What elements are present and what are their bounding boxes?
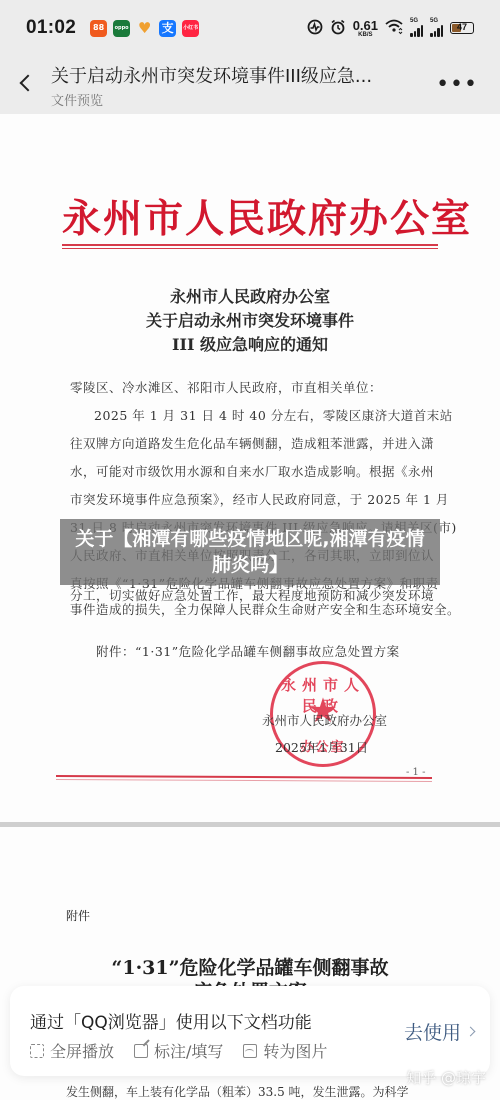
network-speed: 0.61 KB/S (353, 19, 378, 38)
signature-date: 2025年1月31日 (275, 738, 368, 756)
app-header: 关于启动永州市突发环境事件III级应急... 文件预览 ••• (0, 56, 500, 114)
document-page-1[interactable]: 永州市人民政府办公室 永州市人民政府办公室 关于启动永州市突发环境事件 III … (0, 114, 500, 825)
doc-body-line: 事件造成的损失，全力保障人民群众生命财产安全和生态环境安全。 (70, 600, 460, 618)
kuaishou-app-icon: 88 (90, 20, 107, 37)
alarm-icon (330, 19, 346, 38)
qq-browser-promo-card: 通过「QQ浏览器」使用以下文档功能 全屏播放 标注/填写 转为图片 去使用 (10, 986, 490, 1076)
more-options-button[interactable]: ••• (436, 74, 478, 96)
doc-body-line: 市突发环境事件应急预案》，经市人民政府同意，于 2025 年 1 月 (70, 490, 449, 508)
red-letterhead: 永州市人民政府办公室 (62, 188, 438, 244)
attachment-label: 附件 (66, 907, 90, 924)
promo-features: 全屏播放 标注/填写 转为图片 (30, 1039, 327, 1062)
go-use-button[interactable]: 去使用 (404, 1018, 474, 1045)
doc-attachment-note: 附件：“1·31”危险化学品罐车侧翻事故应急处置方案 (96, 642, 400, 660)
attachment-body-line: 发生侧翻，车上装有化学品（粗苯）33.5 吨，发生泄露。为科学 (66, 1083, 409, 1100)
attachment-title-line-1: “1·31”危险化学品罐车侧翻事故 (60, 953, 440, 980)
signature-org: 永州市人民政府办公室 (262, 711, 387, 729)
doc-title-line-2: 关于启动永州市突发环境事件 (60, 308, 440, 331)
xiaohongshu-app-icon: 小红书 (182, 20, 199, 37)
doc-body-line: 2025 年 1 月 31 日 4 时 40 分左右，零陵区康济大道首末站 (94, 406, 453, 424)
status-bar: 01:02 88 oppo ♥ 支 小红书 0.61 KB/S 5G 5G (0, 0, 500, 56)
promo-title: 通过「QQ浏览器」使用以下文档功能 (30, 1008, 312, 1033)
doc-body-line: 水，可能对市级饮用水源和自来水厂取水造成影响。根据《永州 (70, 462, 434, 480)
clock: 01:02 (26, 17, 76, 39)
oppo-app-icon: oppo (113, 20, 130, 37)
fullscreen-icon (30, 1044, 44, 1058)
back-button[interactable] (14, 68, 36, 98)
footer-rule (56, 775, 432, 782)
doc-title-line-1: 永州市人民政府办公室 (60, 284, 440, 307)
feature-fullscreen[interactable]: 全屏播放 (30, 1039, 114, 1062)
chevron-left-icon (19, 75, 36, 92)
feature-convert-image[interactable]: 转为图片 (243, 1039, 327, 1062)
alipay-app-icon: 支 (159, 20, 176, 37)
doc-addressee: 零陵区、冷水滩区、祁阳市人民政府，市直相关单位： (70, 378, 382, 396)
doc-title-line-3: III 级应急响应的通知 (60, 332, 440, 355)
feature-annotate[interactable]: 标注/填写 (134, 1039, 223, 1062)
system-status: 0.61 KB/S 5G 5G 47 (307, 19, 474, 38)
document-subtitle: 文件预览 (51, 90, 103, 109)
battery-icon: 47 (450, 22, 474, 34)
chevron-right-icon (466, 1027, 476, 1037)
cellular-signal-1-icon: 5G (410, 19, 423, 37)
annotate-icon (134, 1044, 148, 1058)
document-title: 关于启动永州市突发环境事件III级应急... (51, 62, 431, 88)
letterhead-rule (62, 244, 438, 249)
notification-app-icons: 88 oppo ♥ 支 小红书 (90, 20, 199, 37)
overlay-caption-banner: 关于【湘潭有哪些疫情地区呢,湘潭有疫情肺炎吗】 (60, 519, 440, 585)
overlay-caption-text: 关于【湘潭有哪些疫情地区呢,湘潭有疫情肺炎吗】 (66, 526, 434, 578)
cellular-signal-2-icon: 5G (430, 19, 443, 37)
watermark: 知乎 @琼宇 (406, 1067, 486, 1088)
heart-app-icon: ♥ (136, 20, 153, 37)
activity-icon (307, 19, 323, 38)
doc-body-line: 往双牌方向道路发生危化品车辆侧翻，造成粗苯泄露，并进入潇 (70, 434, 434, 452)
page-number: - 1 - (406, 767, 425, 778)
image-icon (243, 1044, 257, 1058)
wifi-icon (385, 19, 403, 38)
